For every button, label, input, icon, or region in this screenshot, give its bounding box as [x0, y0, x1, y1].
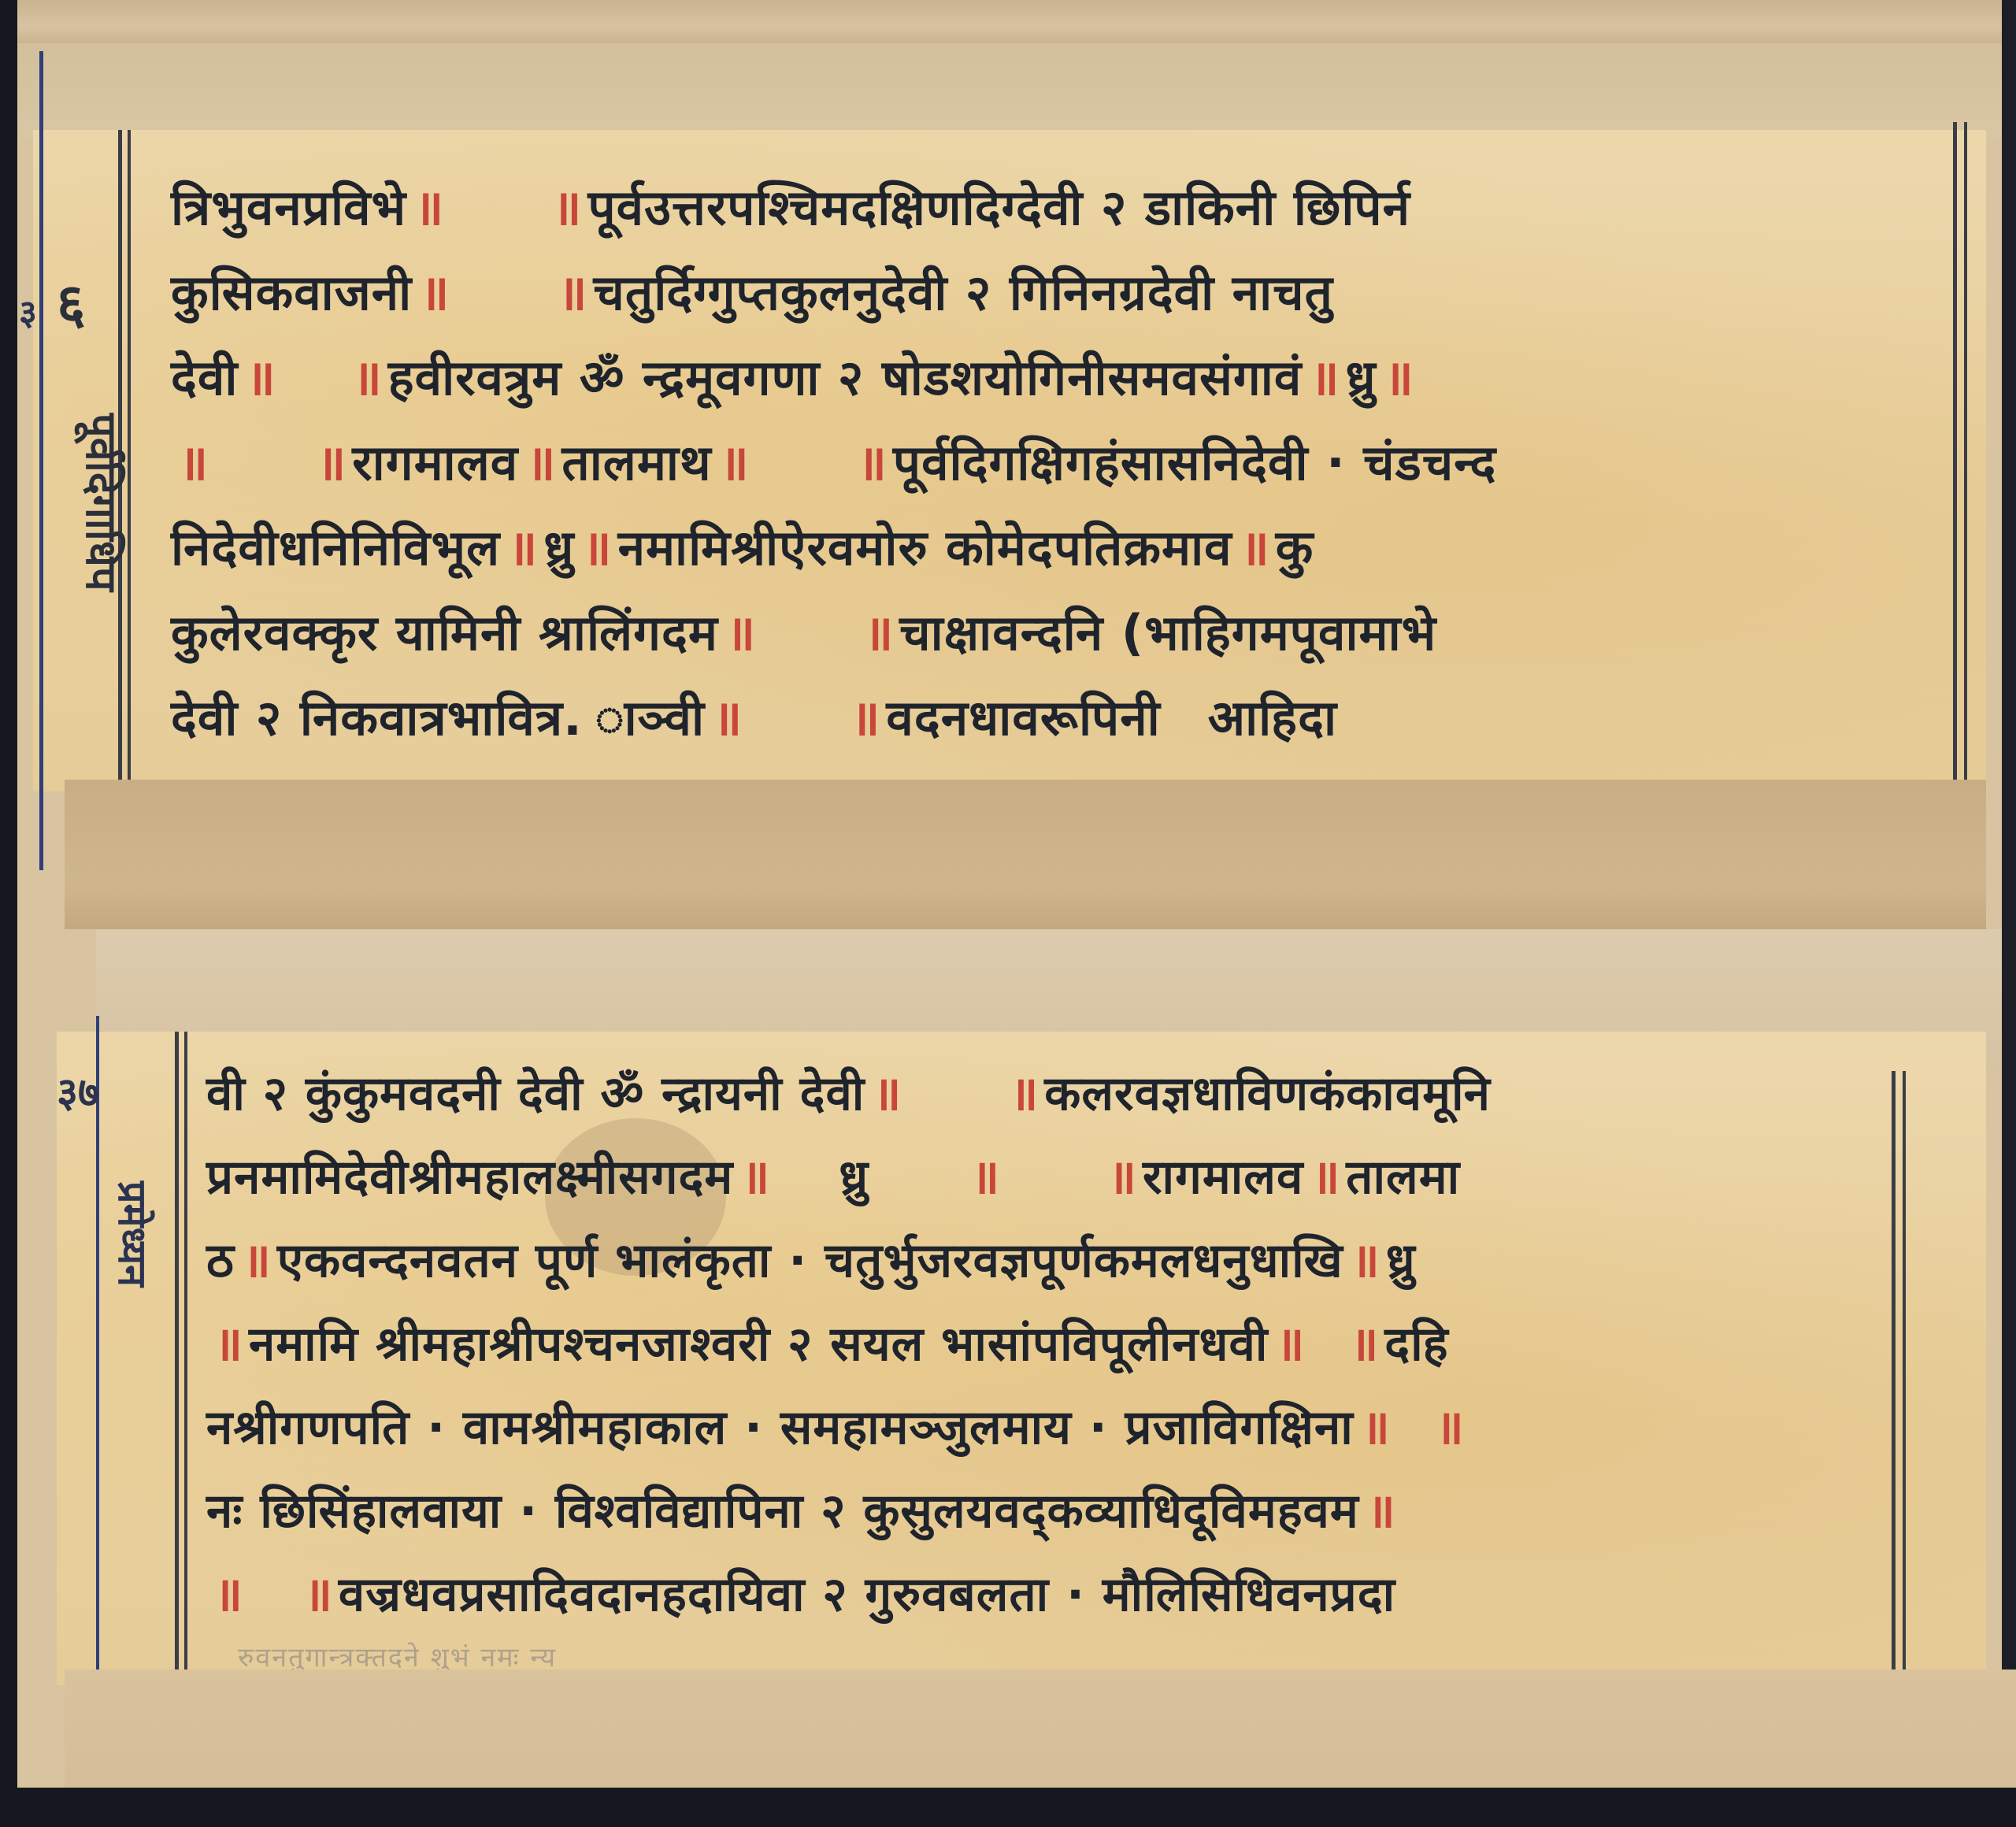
verse-text: कुलेरवक्कृर यामिनी श्रालिंगदम [171, 598, 718, 665]
red-danda-mark: ॥ [179, 428, 206, 495]
verse-text: रागमालव [352, 428, 518, 495]
verse-text: देवी २ निकवात्रभावित्र. ाञ्वी [171, 684, 705, 750]
red-danda-mark: ॥ [720, 428, 747, 495]
manuscript-line: ॥॥वज्रधवप्रसादिवदानहदायिवा २ गुरुवबलता ·… [206, 1560, 1491, 1644]
red-danda-mark: ॥ [850, 684, 878, 750]
red-danda-mark: ॥ [1310, 343, 1337, 409]
red-danda-mark: ॥ [873, 1059, 899, 1124]
red-danda-mark: ॥ [1384, 343, 1412, 409]
manuscript-line: देवी २ निकवात्रभावित्र. ाञ्वी॥॥वदनधावरूप… [171, 684, 1496, 769]
red-danda-mark: ॥ [353, 343, 380, 409]
folio-bottom: ३७ प्रमेध्यन वी २ कुंकुमवदनी देवी ॐ न्द्… [57, 1032, 1986, 1685]
verse-text: कुसिकवाजनी [171, 258, 412, 324]
verse-text: देवी [171, 343, 238, 409]
verse-text: हवीरवत्रुम ॐ न्द्रमूवगणा २ षोडशयोगिनीसमव… [388, 343, 1303, 409]
paper-wrapper-middle-upper [65, 780, 1986, 929]
red-danda-mark: ॥ [214, 1560, 241, 1625]
margin-numeral: ६ [57, 264, 85, 339]
red-danda-mark: ॥ [558, 258, 585, 324]
red-danda-mark: ॥ [713, 684, 740, 750]
red-danda-mark: ॥ [1351, 1226, 1378, 1291]
red-danda-mark: ॥ [420, 258, 447, 324]
red-danda-mark: ॥ [1362, 1393, 1388, 1458]
red-danda-mark: ॥ [726, 598, 754, 665]
verse-text: चतुर्दिग्गुप्तकुलनुदेवी २ गिनिनग्रदेवी न… [594, 258, 1333, 324]
red-danda-mark: ॥ [243, 1226, 269, 1291]
verse-text: चाक्षावन्दनि (भाहिगमपूवामाभे [899, 598, 1436, 665]
red-danda-mark: ॥ [1108, 1143, 1135, 1207]
folio-number: ३ [19, 287, 37, 335]
text-block-bottom: वी २ कुंकुमवदनी देवी ॐ न्द्रायनी देवी॥॥क… [206, 1059, 1491, 1644]
verse-text: वज्रधवप्रसादिवदानहदायिवा २ गुरुवबलता · म… [339, 1560, 1395, 1625]
manuscript-line: नश्रीगणपति · वामश्रीमहाकाल · समहामञ्जुलम… [206, 1393, 1491, 1477]
paper-wrapper-top [17, 43, 2002, 138]
verse-text: एकवन्दनवतन पूर्ण भालंकृता · चतुर्भुजरवज्… [277, 1226, 1343, 1291]
red-danda-mark: ॥ [317, 428, 344, 495]
verse-text: नमामिश्रीऐरवमोरु कोमेदपतिक्रमाव [618, 513, 1232, 580]
verse-text: निदेवीधनिनिविभूल [171, 513, 500, 580]
folio-number: ३७ [57, 1063, 99, 1119]
manuscript-stack: ३ ६ पूर्वदिगाधिप त्रिभुवनप्रविभे॥॥पूर्वउ… [17, 0, 2002, 1788]
verse-text: तालमा [1346, 1143, 1460, 1207]
red-danda-mark: ॥ [526, 428, 554, 495]
red-danda-mark: ॥ [1240, 513, 1268, 580]
verse-text: नश्रीगणपति · वामश्रीमहाकाल · समहामञ्जुलम… [206, 1393, 1354, 1458]
red-danda-mark: ॥ [1311, 1143, 1338, 1207]
verse-text: ध्रु [543, 513, 574, 580]
verse-text: ठ [206, 1226, 235, 1291]
red-danda-mark: ॥ [1276, 1310, 1303, 1374]
border-rule-left-inner [184, 1032, 187, 1685]
red-danda-mark: ॥ [741, 1143, 768, 1207]
border-rule-left-outer [175, 1032, 179, 1685]
margin-rule-blue [96, 1016, 99, 1725]
red-danda-mark: ॥ [971, 1143, 998, 1207]
manuscript-line: ठ॥एकवन्दनवतन पूर्ण भालंकृता · चतुर्भुजरव… [206, 1226, 1491, 1310]
verse-text: पूर्वदिगक्षिगहंसासनिदेवी · चंडचन्द [893, 428, 1496, 495]
manuscript-line: ॥नमामि श्रीमहाश्रीपश्चनजाश्वरी २ सयल भास… [206, 1310, 1491, 1393]
verse-text: ध्रु [839, 1143, 869, 1207]
red-danda-mark: ॥ [864, 598, 891, 665]
verse-text: वदनधावरूपिनी [886, 684, 1160, 750]
red-danda-mark: ॥ [582, 513, 610, 580]
red-danda-mark: ॥ [1436, 1393, 1462, 1458]
red-danda-mark: ॥ [858, 428, 885, 495]
verse-text: नः छिसिंहालवाया · विश्वविद्यापिना २ कुसु… [206, 1477, 1359, 1541]
red-danda-mark: ॥ [552, 173, 580, 239]
verse-text: तालमाथ [561, 428, 711, 495]
verse-text: ध्रु [1345, 343, 1376, 409]
verse-text: पूर्वउत्तरपश्चिमदक्षिणदिग्देवी २ डाकिनी … [587, 173, 1410, 239]
manuscript-line: कुसिकवाजनी॥॥चतुर्दिग्गुप्तकुलनुदेवी २ गि… [171, 258, 1496, 343]
red-danda-mark: ॥ [1010, 1059, 1036, 1124]
margin-label: पूर्वदिगाधिप [72, 413, 131, 591]
red-danda-mark: ॥ [508, 513, 535, 580]
red-danda-mark: ॥ [1350, 1310, 1377, 1374]
margin-rule-blue [39, 51, 43, 870]
red-danda-mark: ॥ [214, 1310, 241, 1374]
verse-text: रागमालव [1143, 1143, 1303, 1207]
red-danda-mark: ॥ [414, 173, 442, 239]
border-rule-right-outer [1964, 122, 1967, 791]
verse-text: कलरवज्ञधाविणकंकावमूनि [1044, 1059, 1491, 1124]
verse-text: प्रनमामिदेवीश्रीमहालक्ष्मीसगदम [206, 1143, 733, 1207]
text-block-top: त्रिभुवनप्रविभे॥॥पूर्वउत्तरपश्चिमदक्षिणद… [171, 173, 1496, 769]
border-rule-right-inner [1953, 122, 1957, 791]
verse-text: त्रिभुवनप्रविभे [171, 173, 406, 239]
verse-text: ध्रु [1386, 1226, 1416, 1291]
paper-wrapper-bottom [65, 1669, 2016, 1788]
verse-text: वी २ कुंकुमवदनी देवी ॐ न्द्रायनी देवी [206, 1059, 865, 1124]
manuscript-line: देवी॥॥हवीरवत्रुम ॐ न्द्रमूवगणा २ षोडशयोग… [171, 343, 1496, 428]
border-rule-right-outer [1903, 1071, 1906, 1685]
red-danda-mark: ॥ [246, 343, 273, 409]
manuscript-line: नः छिसिंहालवाया · विश्वविद्यापिना २ कुसु… [206, 1477, 1491, 1560]
folio-top: ३ ६ पूर्वदिगाधिप त्रिभुवनप्रविभे॥॥पूर्वउ… [33, 130, 1986, 791]
red-danda-mark: ॥ [1367, 1477, 1394, 1541]
verse-text: दहि [1384, 1310, 1448, 1374]
verse-text: कु [1276, 513, 1314, 580]
manuscript-line: निदेवीधनिनिविभूल॥ध्रु॥नमामिश्रीऐरवमोरु क… [171, 513, 1496, 598]
border-rule-right-inner [1892, 1071, 1896, 1685]
margin-label: प्रमेध्यन [106, 1181, 159, 1287]
manuscript-line: वी २ कुंकुमवदनी देवी ॐ न्द्रायनी देवी॥॥क… [206, 1059, 1491, 1143]
red-danda-mark: ॥ [304, 1560, 331, 1625]
verse-text: नमामि श्रीमहाश्रीपश्चनजाश्वरी २ सयल भासा… [249, 1310, 1268, 1374]
manuscript-line: प्रनमामिदेवीश्रीमहालक्ष्मीसगदम॥ध्रु॥॥राग… [206, 1143, 1491, 1226]
stack-top-edge [17, 0, 2002, 45]
manuscript-line: त्रिभुवनप्रविभे॥॥पूर्वउत्तरपश्चिमदक्षिणद… [171, 173, 1496, 258]
verse-text: आहिदा [1208, 684, 1337, 750]
manuscript-line: कुलेरवक्कृर यामिनी श्रालिंगदम॥॥चाक्षावन्… [171, 598, 1496, 684]
manuscript-line: ॥॥रागमालव॥तालमाथ॥॥पूर्वदिगक्षिगहंसासनिदे… [171, 428, 1496, 513]
